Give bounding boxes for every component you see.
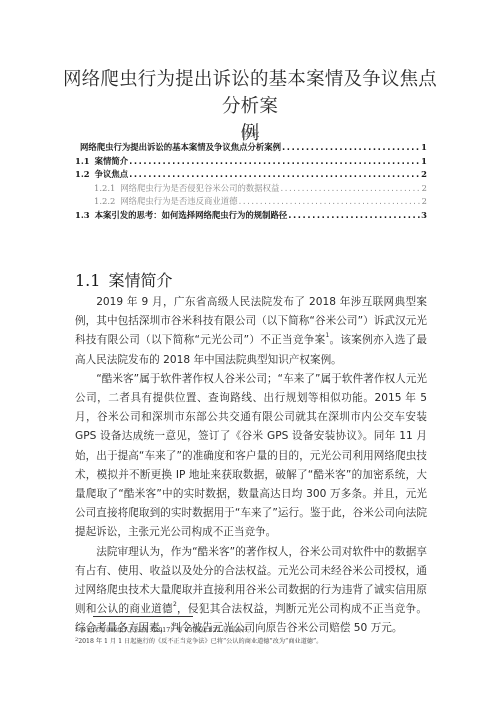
toc-entry-number: 1.2.1 (94, 182, 115, 196)
toc-entry-number: 1.2.2 (94, 195, 115, 209)
toc-leader-dots (129, 168, 420, 182)
toc-entry-label: 本案引发的思考：如何选择网络爬虫行为的规制路径 (95, 209, 288, 223)
footnote-text: 参见深圳市中级人民法院（2017）粤 03 民初 822 号判决书。 (78, 627, 253, 634)
paragraph: “酷米客”属于软件著作权人谷米公司；“车来了”属于软件著作权人元光公司，二者具有… (75, 370, 427, 543)
toc-heading: 目录 (0, 126, 500, 140)
toc-entry-number: 1.2 (75, 168, 90, 182)
toc-entry[interactable]: 1.2 争议焦点 2 (75, 168, 427, 182)
section-title: 案情简介 (108, 271, 172, 290)
section-number: 1.1 (75, 271, 100, 290)
toc-entry-page: 2 (422, 195, 427, 209)
footnote-text: 2018 年 1 月 1 日起施行的《反不正当竞争法》已将“公认的商业道德”改为… (78, 638, 322, 645)
toc-entry[interactable]: 1.1 案情简介 1 (75, 155, 427, 169)
toc-entry[interactable]: 1.3 本案引发的思考：如何选择网络爬虫行为的规制路径 3 (75, 209, 427, 223)
toc-entry-number: 1.3 (75, 209, 90, 223)
toc-leader-dots (239, 195, 421, 209)
section-heading: 1.1案情简介 (75, 268, 172, 291)
toc-entry-page: 2 (422, 182, 427, 196)
paragraph-text: “酷米客”属于软件著作权人谷米公司；“车来了”属于软件著作权人元光公司，二者具有… (75, 373, 427, 539)
toc-entry-page: 3 (421, 209, 427, 223)
paragraph: 2019 年 9 月，广东省高级人民法院发布了 2018 年涉互联网典型案例，其… (75, 293, 427, 370)
toc-leader-dots (280, 182, 420, 196)
title-line-1: 网络爬虫行为提出诉讼的基本案情及争议焦点分析案 (60, 66, 440, 120)
toc-entry-page: 1 (421, 155, 427, 169)
toc-entry[interactable]: 1.2.1 网络爬虫行为是否侵犯谷米公司的数据权益 2 (75, 182, 427, 196)
toc-leader-dots (288, 209, 420, 223)
table-of-contents: 网络爬虫行为提出诉讼的基本案情及争议焦点分析案例 1 1.1 案情简介 1 1.… (75, 141, 427, 223)
toc-entry-label: 网络爬虫行为是否违反商业道德 (120, 195, 237, 209)
toc-entry-label: 网络爬虫行为是否侵犯谷米公司的数据权益 (120, 182, 279, 196)
toc-entry-number: 1.1 (75, 155, 90, 169)
toc-leader-dots (129, 155, 420, 169)
toc-entry-label: 案情简介 (95, 155, 129, 169)
toc-entry-page: 2 (421, 168, 427, 182)
toc-entry-page: 1 (421, 141, 427, 155)
footnote: 1 参见深圳市中级人民法院（2017）粤 03 民初 822 号判决书。 (75, 625, 435, 636)
footnote: 22018 年 1 月 1 日起施行的《反不正当竞争法》已将“公认的商业道德”改… (75, 636, 435, 647)
section-body: 2019 年 9 月，广东省高级人民法院发布了 2018 年涉互联网典型案例，其… (75, 293, 427, 639)
toc-leader-dots (282, 141, 420, 155)
toc-entry[interactable]: 网络爬虫行为提出诉讼的基本案情及争议焦点分析案例 1 (75, 141, 427, 155)
footnote-divider (93, 616, 193, 617)
toc-entry-label: 争议焦点 (95, 168, 129, 182)
toc-entry-label: 网络爬虫行为提出诉讼的基本案情及争议焦点分析案例 (80, 141, 281, 155)
footnotes: 1 参见深圳市中级人民法院（2017）粤 03 民初 822 号判决书。 220… (75, 625, 435, 647)
toc-entry[interactable]: 1.2.2 网络爬虫行为是否违反商业道德 2 (75, 195, 427, 209)
